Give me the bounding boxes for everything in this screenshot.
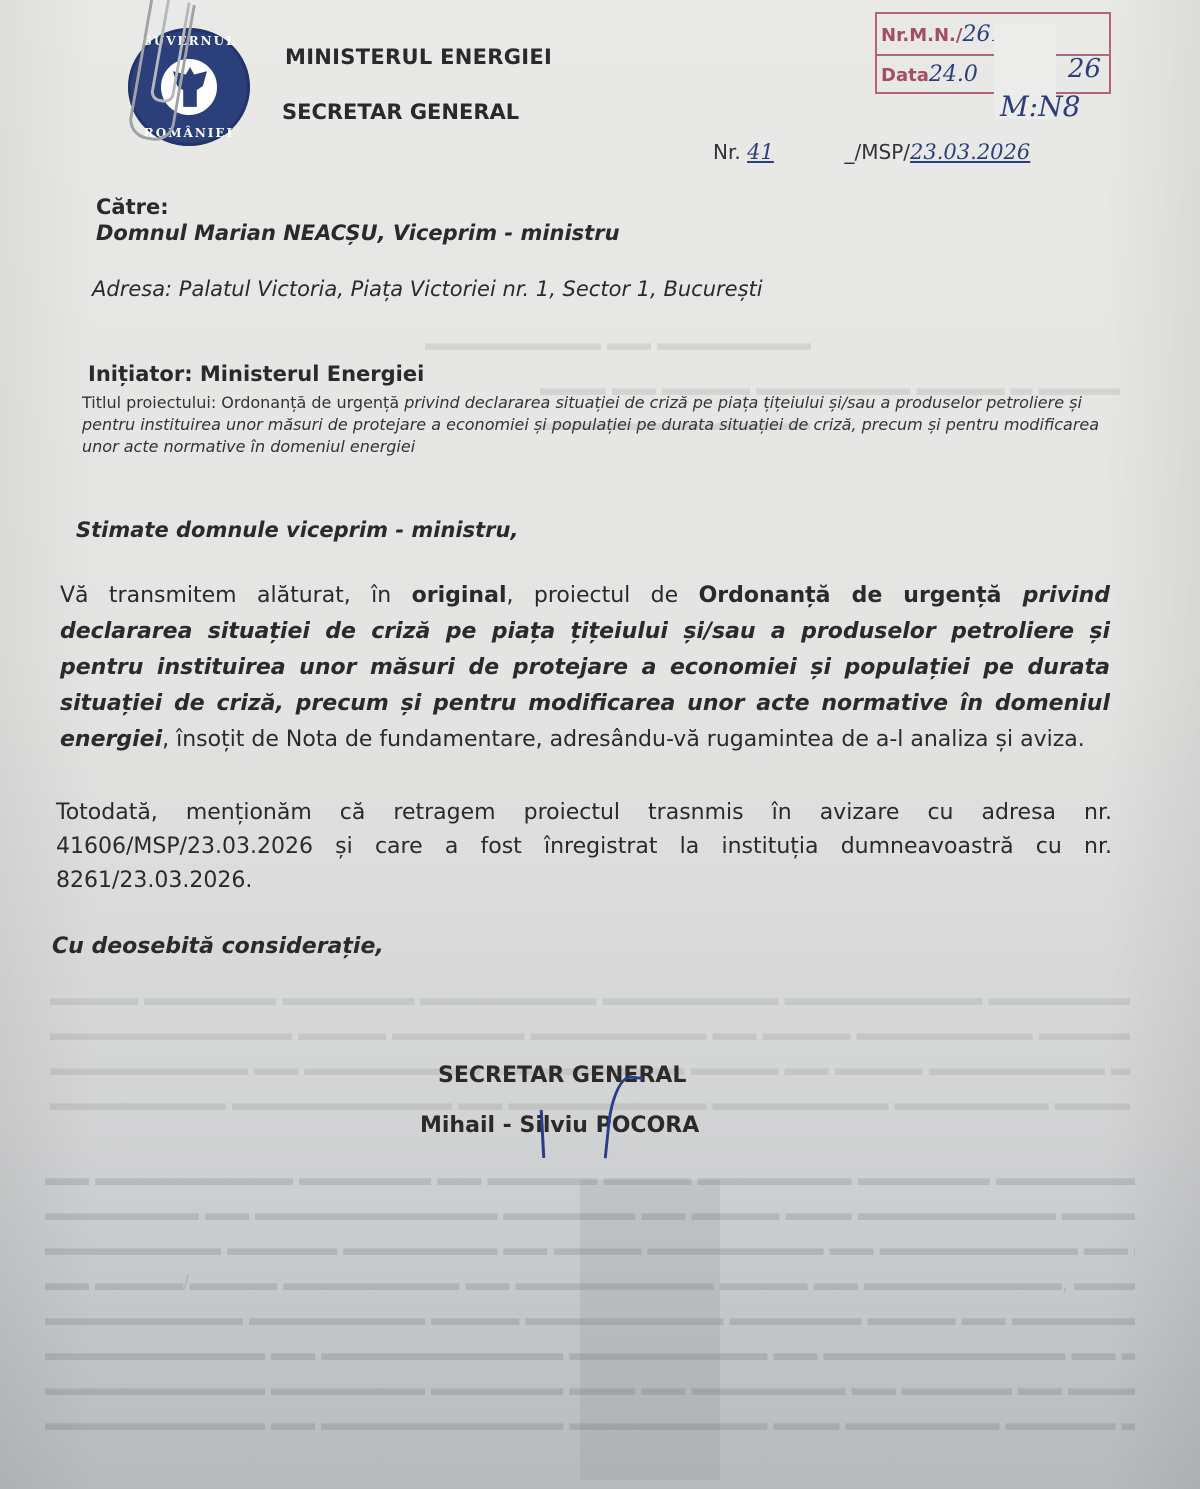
signatory-name: Mihail - Silviu POCORA xyxy=(420,1113,699,1138)
stamp-date-value: 24.0 xyxy=(929,62,978,87)
p1-text: Vă transmitem alăturat, în xyxy=(60,583,412,608)
stamp-nr-row: Nr.M.N./261 xyxy=(881,22,1004,47)
initiator: Inițiator: Ministerul Energiei xyxy=(88,362,424,386)
p1-text: , însoțit de Nota de fundamentare, adres… xyxy=(162,727,1085,752)
p1-ordinance: Ordonanță de urgență xyxy=(699,583,1023,608)
ref-msp-label: _/MSP/ xyxy=(845,140,911,164)
p1-text: , proiectul de xyxy=(506,583,698,608)
ref-date: 23.03.2026 xyxy=(910,140,1030,164)
document-reference: Nr. 41 _/MSP/23.03.2026 xyxy=(713,140,1030,164)
p1-original: original xyxy=(412,583,507,608)
stamp-date-label: Data xyxy=(881,65,929,86)
project-title-prefix: Titlul proiectului: Ordonanță de urgență xyxy=(82,393,404,412)
ref-nr-label: Nr. xyxy=(713,140,741,164)
bleed-through-text: ▬▬▬▬ ▬▬▬▬▬▬ ▬▬▬▬▬▬ ▬▬▬▬▬▬▬▬ ▬▬▬▬▬▬▬▬ ▬▬▬… xyxy=(50,980,1130,1120)
shadow-patch xyxy=(580,1180,720,1480)
ref-nr-value: 41 xyxy=(747,140,774,164)
registration-stamp: Nr.M.N./261 Data24.0 26 xyxy=(875,12,1111,94)
department-name: SECRETAR GENERAL xyxy=(282,100,519,124)
recipient-name: Domnul Marian NEACȘU, Viceprim - ministr… xyxy=(96,221,620,245)
closing: Cu deosebită considerație, xyxy=(52,934,384,959)
stamp-nr-label: Nr.M.N./ xyxy=(881,25,962,46)
project-title: Titlul proiectului: Ordonanță de urgență… xyxy=(82,392,1112,458)
handwritten-note: M:N8 xyxy=(1000,90,1080,123)
bleed-through-text: ▬▬▬▬▬▬▬▬ ▬▬ ▬▬▬▬▬▬▬ xyxy=(425,325,811,360)
recipient-address: Adresa: Palatul Victoria, Piața Victorie… xyxy=(92,277,763,301)
body-paragraph-2: Totodată, menționăm că retragem proiectu… xyxy=(56,796,1112,898)
ministry-name: MINISTERUL ENERGIEI xyxy=(285,45,552,69)
signatory-title: SECRETAR GENERAL xyxy=(438,1063,686,1088)
recipient-label: Către: xyxy=(96,195,169,219)
body-paragraph-1: Vă transmitem alăturat, în original, pro… xyxy=(60,578,1110,758)
stamp-date-row: Data24.0 xyxy=(881,62,978,87)
salutation: Stimate domnule viceprim - ministru, xyxy=(76,518,518,542)
stamp-date-year: 26 xyxy=(1068,54,1101,84)
